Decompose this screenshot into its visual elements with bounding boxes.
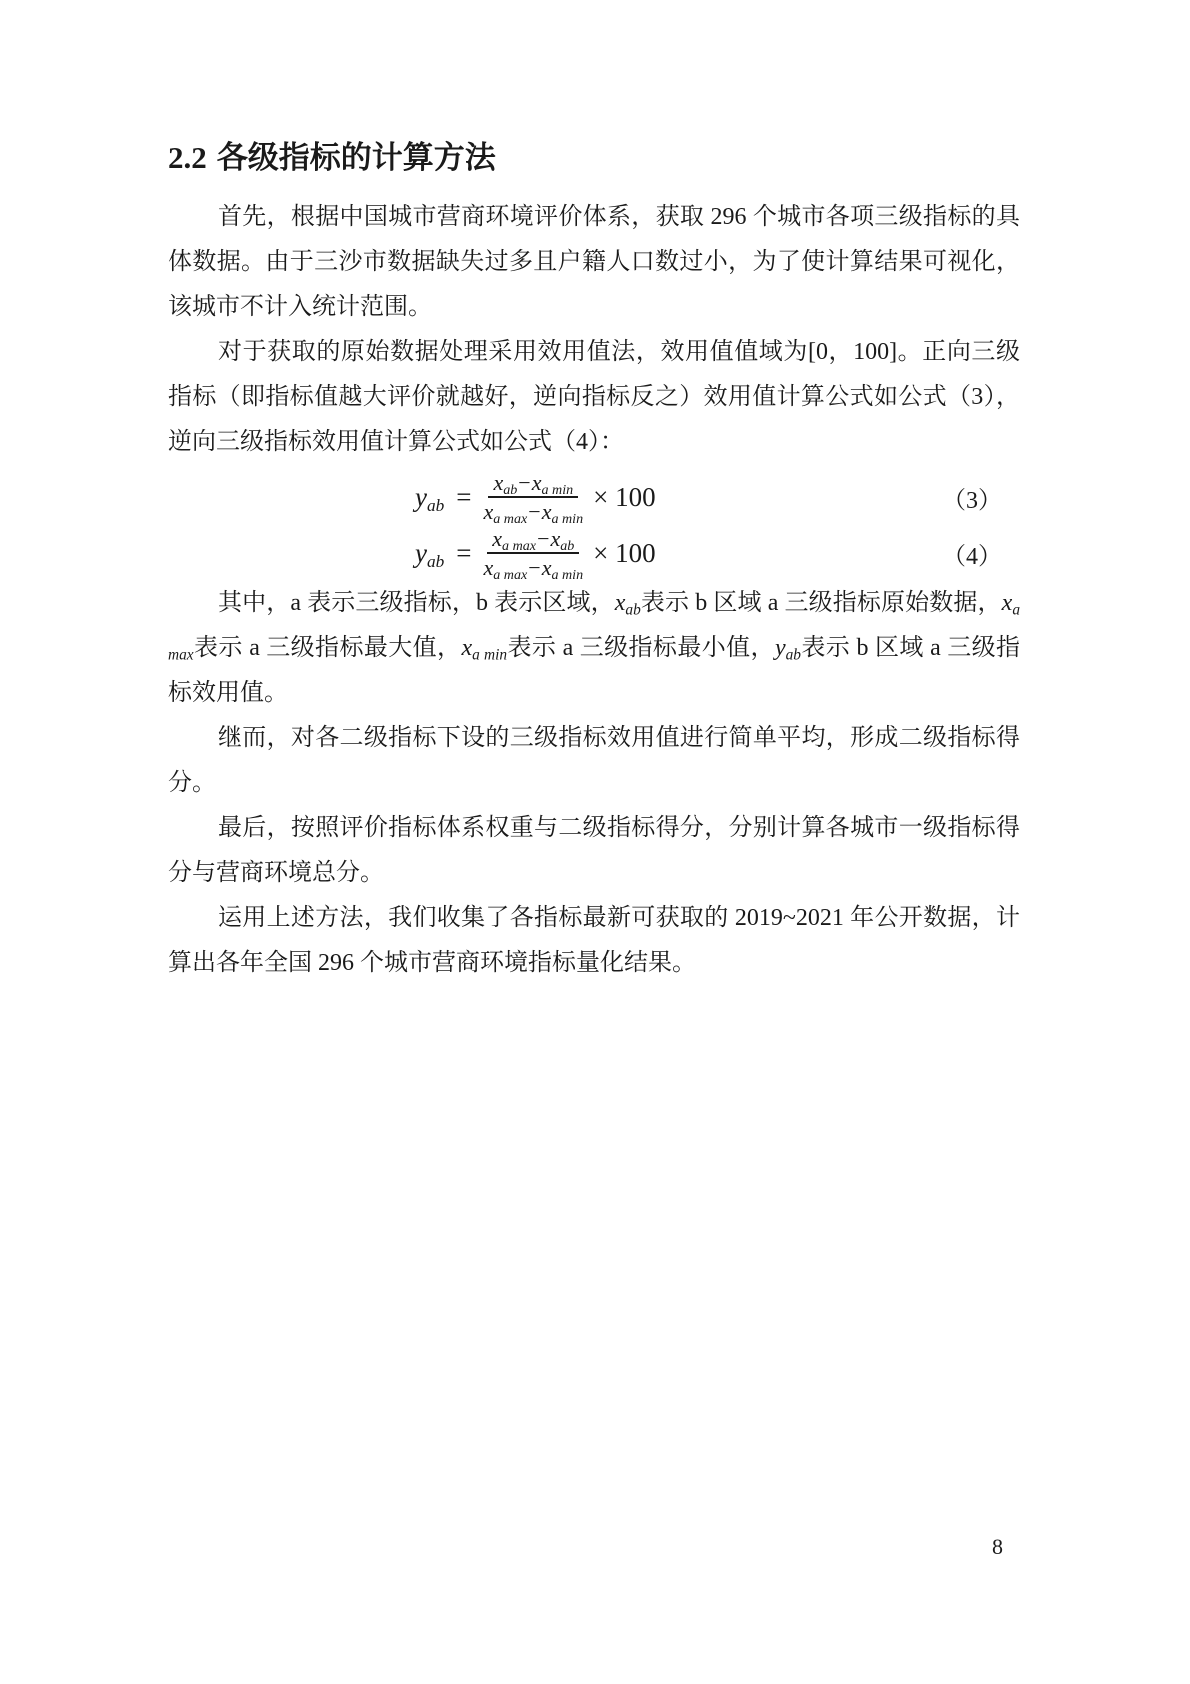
var-y-ab: yab — [775, 635, 801, 661]
var-x-ab: xab — [615, 590, 641, 616]
variables-text: 其中，a 表示三级指标，b 表示区域， — [218, 590, 615, 616]
fraction-denominator: xa max−xa min — [483, 498, 583, 524]
multiplier: × 100 — [593, 538, 655, 569]
equals-sign: = — [456, 538, 471, 569]
equation-tag-4: （4） — [942, 536, 1020, 571]
formula-lhs: yab — [415, 538, 444, 569]
paragraph-data-years: 运用上述方法，我们收集了各指标最新可获取的 2019~2021 年公开数据，计算… — [168, 896, 1020, 986]
section-heading: 2.2各级指标的计算方法 — [168, 138, 1020, 178]
paragraph-final-score: 最后，按照评价指标体系权重与二级指标得分，分别计算各城市一级指标得分与营商环境总… — [168, 806, 1020, 896]
section-number: 2.2 — [168, 140, 207, 175]
page-number: 8 — [992, 1534, 1003, 1560]
paragraph-method: 对于获取的原始数据处理采用效用值法，效用值值域为[0，100]。正向三级指标（即… — [168, 330, 1020, 465]
fraction-denominator: xa max−xa min — [483, 554, 583, 580]
formula-4: yab = xa max−xab xa max−xa min × 100 （4） — [168, 525, 1020, 581]
variables-text: 表示 b 区域 a 三级指标原始数据， — [641, 590, 1002, 616]
fraction: xa max−xab xa max−xa min — [483, 526, 583, 581]
section-title: 各级指标的计算方法 — [217, 140, 496, 175]
paragraph-intro: 首先，根据中国城市营商环境评价体系，获取 296 个城市各项三级指标的具体数据。… — [168, 195, 1020, 330]
page-content: 2.2各级指标的计算方法 首先，根据中国城市营商环境评价体系，获取 296 个城… — [168, 138, 1020, 986]
formula-4-expression: yab = xa max−xab xa max−xa min × 100 — [415, 526, 656, 581]
fraction-numerator: xab−xa min — [488, 470, 578, 498]
var-x-amin: xa min — [461, 635, 507, 661]
equation-tag-3: （3） — [942, 480, 1020, 515]
fraction-numerator: xa max−xab — [487, 526, 579, 554]
variables-text: 表示 a 三级指标最大值， — [194, 635, 462, 661]
multiplier: × 100 — [593, 482, 655, 513]
formula-3: yab = xab−xa min xa max−xa min × 100 （3） — [168, 469, 1020, 525]
equals-sign: = — [456, 482, 471, 513]
paragraph-secondary-average: 继而，对各二级指标下设的三级指标效用值进行简单平均，形成二级指标得分。 — [168, 716, 1020, 806]
formula-lhs: yab — [415, 482, 444, 513]
formula-3-expression: yab = xab−xa min xa max−xa min × 100 — [415, 470, 656, 525]
variables-text: 表示 a 三级指标最小值， — [507, 635, 775, 661]
document-page: 2.2各级指标的计算方法 首先，根据中国城市营商环境评价体系，获取 296 个城… — [0, 0, 1190, 1684]
paragraph-variables: 其中，a 表示三级指标，b 表示区域，xab表示 b 区域 a 三级指标原始数据… — [168, 581, 1020, 716]
fraction: xab−xa min xa max−xa min — [483, 470, 583, 525]
